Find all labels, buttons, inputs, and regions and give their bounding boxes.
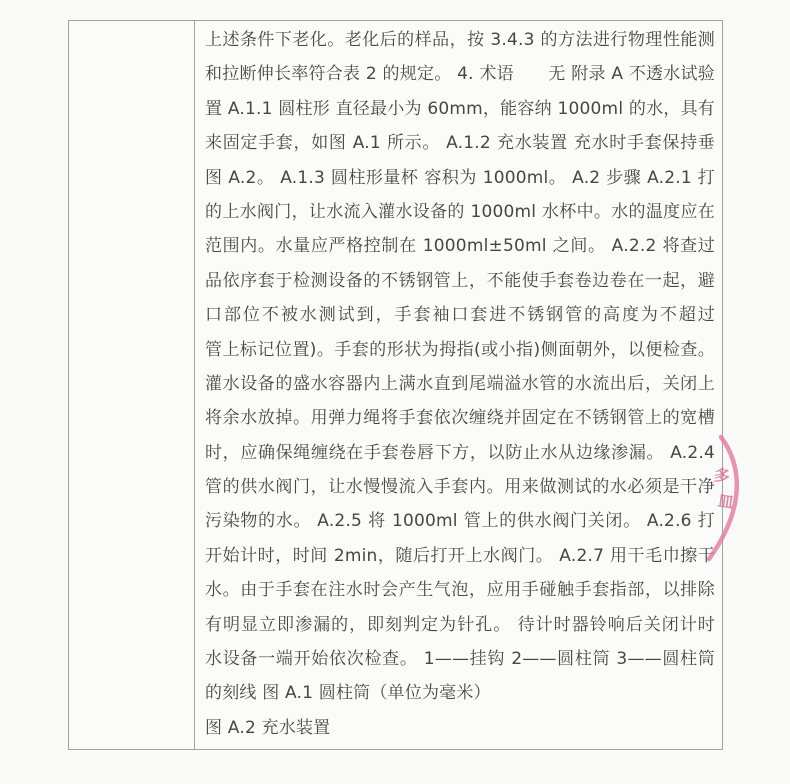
document-table: 上述条件下老化。老化后的样品，按 3.4.3 的方法进行物理性能测试。拉断力和拉… xyxy=(68,20,723,750)
text-line: 范围内。水量应严格控制在 1000ml±50ml 之间。 A.2.2 将查过外观… xyxy=(205,229,715,263)
text-line: 水设备一端开始依次检查。 1——挂钩 2——圆柱筒 3——圆柱筒内侧表面 xyxy=(205,642,715,676)
text-line: 图 A.2。 A.1.3 圆柱形量杯 容积为 1000ml。 A.2 步骤 A.… xyxy=(205,161,715,195)
text-line: 灌水设备的盛水容器内上满水直到尾端溢水管的水流出后，关闭上水阀门，并 xyxy=(205,367,715,401)
table-content-cell: 上述条件下老化。老化后的样品，按 3.4.3 的方法进行物理性能测试。拉断力和拉… xyxy=(195,21,722,749)
text-line: 污染物的水。 A.2.5 将 1000ml 管上的供水阀门关闭。 A.2.6 打… xyxy=(205,504,715,538)
table-label-cell-empty xyxy=(69,21,195,749)
text-line: 图 A.2 充水装置 xyxy=(205,711,715,745)
text-line: 开始计时，时间 2min，随后打开上水阀门。 A.2.7 用干毛巾擦干手套外部的 xyxy=(205,539,715,573)
text-line: 来固定手套，如图 A.1 所示。 A.1.2 充水装置 充水时手套保持垂直状态，… xyxy=(205,126,715,160)
text-line: 管的供水阀门，让水慢慢流入手套内。用来做测试的水必须是干净和没有可见 xyxy=(205,470,715,504)
text-line: 有明显立即渗漏的，即刻判定为针孔。 待计时器铃响后关闭计时器，并从灌 xyxy=(205,608,715,642)
text-line: 的上水阀门，让水流入灌水设备的 1000ml 水杯中。水的温度应在 15℃--3… xyxy=(205,195,715,229)
text-line: 将余水放掉。用弹力绳将手套依次缠绕并固定在不锈钢管上的宽槽内。缠绕绳 xyxy=(205,401,715,435)
text-line: 管上标记位置)。手套的形状为拇指(或小指)侧面朝外，以便检查。 A.2.3 将 xyxy=(205,333,715,367)
text-line: 置 A.1.1 圆柱形 直径最小为 60mm，能容纳 1000ml 的水，具有足… xyxy=(205,92,715,126)
text-line: 水。由于手套在注水时会产生气泡，应用手碰触手套指部，以排除气泡；期间 xyxy=(205,573,715,607)
text-line: 和拉断伸长率符合表 2 的规定。 4. 术语 无 附录 A 不透水试验 A.1 … xyxy=(205,57,715,91)
text-line: 上述条件下老化。老化后的样品，按 3.4.3 的方法进行物理性能测试。拉断力 xyxy=(205,23,715,57)
text-line: 时，应确保绳缠绕在手套卷唇下方，以防止水从边缘渗漏。 A.2.4 打开 1000… xyxy=(205,436,715,470)
text-line: 的刻线 图 A.1 圆柱筒（单位为毫米） xyxy=(205,676,715,710)
text-line: 口部位不被水测试到，手套袖口套进不锈钢管的高度为不超过 40mm(或不锈钢 xyxy=(205,298,715,332)
text-line: 品依序套于检测设备的不锈钢管上，不能使手套卷边卷在一起，避免手套的袖 xyxy=(205,264,715,298)
scanned-document-page: 上述条件下老化。老化后的样品，按 3.4.3 的方法进行物理性能测试。拉断力和拉… xyxy=(0,0,790,784)
